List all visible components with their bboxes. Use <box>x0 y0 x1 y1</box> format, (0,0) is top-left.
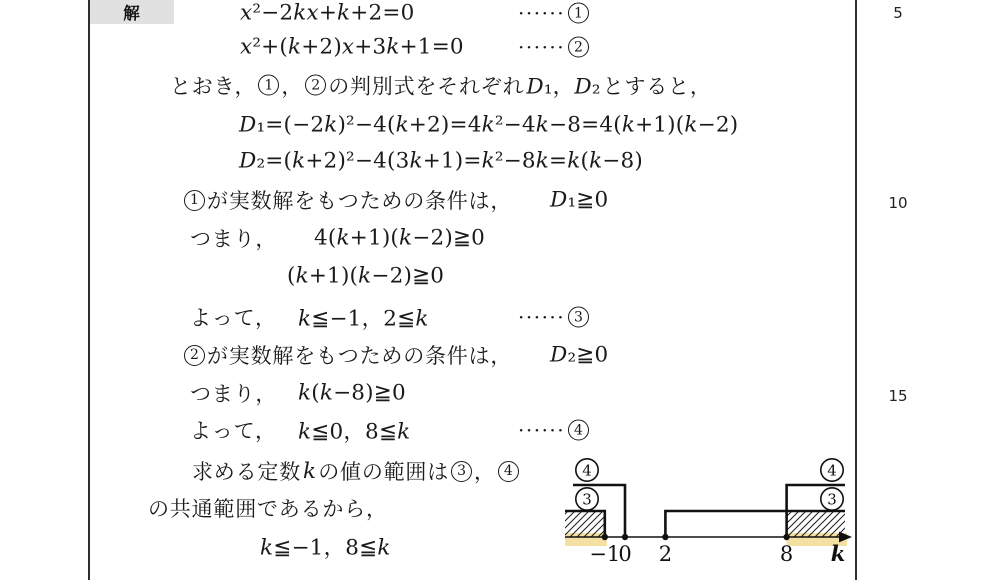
axis-label: k <box>831 541 846 566</box>
line-runs: よって， <box>190 302 277 332</box>
line-runs: x²−2kx+k+2=0 <box>238 1 417 26</box>
hatch-region <box>787 511 845 537</box>
math-text: k(k−8)≧0 <box>298 381 406 406</box>
jp-text: の判別式をそれぞれ <box>328 70 524 100</box>
jp-text: よって， <box>190 302 277 332</box>
circled-number: 4 <box>498 461 519 482</box>
line-column: k≦0，8≦k <box>296 415 412 446</box>
circled-number: 1 <box>184 190 205 211</box>
circled-number: 4 <box>568 420 589 441</box>
line-runs: つまり， <box>190 378 277 408</box>
left-page-rule <box>88 0 90 580</box>
line-runs: x²+(k+2)x+3k+1=0 <box>238 35 466 60</box>
badge-number-4: 4 <box>827 461 837 479</box>
jp-text: つまり， <box>190 378 277 408</box>
jp-text: つまり， <box>190 223 277 253</box>
math-text: D₁≧0 <box>550 188 608 213</box>
axis-point-dot <box>602 534 608 540</box>
line-column: ······ <box>518 418 565 442</box>
line-runs: D₁=(−2k)²−4(k+2)=4k²−4k−8=4(k+1)(k−2) <box>237 113 740 138</box>
circled-number: 2 <box>568 37 589 58</box>
line-runs: 求める定数kの値の範囲は3，4 <box>192 456 521 486</box>
math-text: D₁，D₂ <box>526 70 600 101</box>
math-text: k≦−1，2≦k <box>298 302 429 333</box>
solution-label: 解 <box>123 0 140 24</box>
circled-number: 3 <box>568 307 589 328</box>
jp-text: の値の範囲は <box>318 456 449 486</box>
circled-number: 2 <box>184 345 205 366</box>
axis-tick-label: −1 <box>589 542 620 566</box>
margin-line-number-5: 5 <box>883 4 913 22</box>
badge-number-3: 3 <box>582 490 592 508</box>
jp-text: ， <box>474 456 496 486</box>
margin-line-number-10: 10 <box>883 194 913 212</box>
line-column: 1 <box>566 3 591 24</box>
leader-dots: ······ <box>518 305 565 329</box>
math-text: D₂≧0 <box>550 343 608 368</box>
axis-point-dot <box>783 534 789 540</box>
line-runs: 1が実数解をもつための条件は， <box>182 185 512 215</box>
jp-text: の共通範囲であるから， <box>148 493 388 523</box>
math-text: x²−2kx+k+2=0 <box>240 1 415 26</box>
math-text: D₂=(k+2)²−4(3k+1)=k²−8k=k(k−8) <box>239 149 643 174</box>
leader-dots: ······ <box>518 418 565 442</box>
line-runs: (k+1)(k−2)≧0 <box>285 264 446 289</box>
line-column: k≦−1，2≦k <box>296 302 431 333</box>
solution-label-box: 解 <box>90 0 174 24</box>
line-column: 4(k+1)(k−2)≧0 <box>312 226 487 251</box>
line-column: 3 <box>566 307 591 328</box>
line-runs: の共通範囲であるから， <box>148 493 388 523</box>
hatch-region <box>565 511 605 537</box>
leader-dots: ······ <box>518 35 565 59</box>
math-text: k <box>303 459 316 484</box>
line-column: D₂≧0 <box>548 343 610 368</box>
margin-line-number-15: 15 <box>883 387 913 405</box>
axis-tick-label: 2 <box>659 542 672 566</box>
jp-text: が実数解をもつための条件は， <box>207 340 512 370</box>
badge-number-3: 3 <box>827 490 837 508</box>
line-runs: k≦−1，8≦k <box>258 531 393 562</box>
line-column: 4 <box>566 420 591 441</box>
math-text: x²+(k+2)x+3k+1=0 <box>240 35 464 60</box>
line-runs: つまり， <box>190 223 277 253</box>
line-column: ······ <box>518 35 565 59</box>
textbook-page: 解 5 10 15 x²−2kx+k+2=0······1x²+(k+2)x+3… <box>0 0 985 580</box>
jp-text: とおき， <box>170 70 256 100</box>
line-column: k(k−8)≧0 <box>296 381 408 406</box>
axis-point-dot <box>662 534 668 540</box>
line-runs: D₂=(k+2)²−4(3k+1)=k²−8k=k(k−8) <box>237 149 645 174</box>
jp-text: が実数解をもつための条件は， <box>207 185 512 215</box>
line-column: ······ <box>518 305 565 329</box>
number-line-svg: −1028k4433 <box>562 454 856 580</box>
math-text: 4(k+1)(k−2)≧0 <box>314 226 485 251</box>
jp-text: よって， <box>190 415 277 445</box>
line-runs: とおき，1，2の判別式をそれぞれD₁，D₂とすると， <box>170 70 712 101</box>
circled-number: 1 <box>258 75 279 96</box>
circled-number: 1 <box>568 3 589 24</box>
line-column: ······ <box>518 1 565 25</box>
math-text: D₁=(−2k)²−4(k+2)=4k²−4k−8=4(k+1)(k−2) <box>239 113 738 138</box>
jp-text: とすると， <box>603 70 712 100</box>
axis-tick-label: 8 <box>780 542 793 566</box>
circled-number: 3 <box>451 461 472 482</box>
math-text: k≦−1，8≦k <box>260 531 391 562</box>
leader-dots: ······ <box>518 1 565 25</box>
jp-text: ， <box>281 70 303 100</box>
number-line-figure: −1028k4433 <box>562 454 856 580</box>
circled-number: 2 <box>305 75 326 96</box>
line-column: 2 <box>566 37 591 58</box>
line-column: D₁≧0 <box>548 188 610 213</box>
line-runs: 2が実数解をもつための条件は， <box>182 340 512 370</box>
jp-text: 求める定数 <box>192 456 301 486</box>
axis-tick-label: 0 <box>618 542 631 566</box>
math-text: (k+1)(k−2)≧0 <box>287 264 444 289</box>
axis-point-dot <box>622 534 628 540</box>
math-text: k≦0，8≦k <box>298 415 410 446</box>
badge-number-4: 4 <box>582 461 592 479</box>
line-runs: よって， <box>190 415 277 445</box>
